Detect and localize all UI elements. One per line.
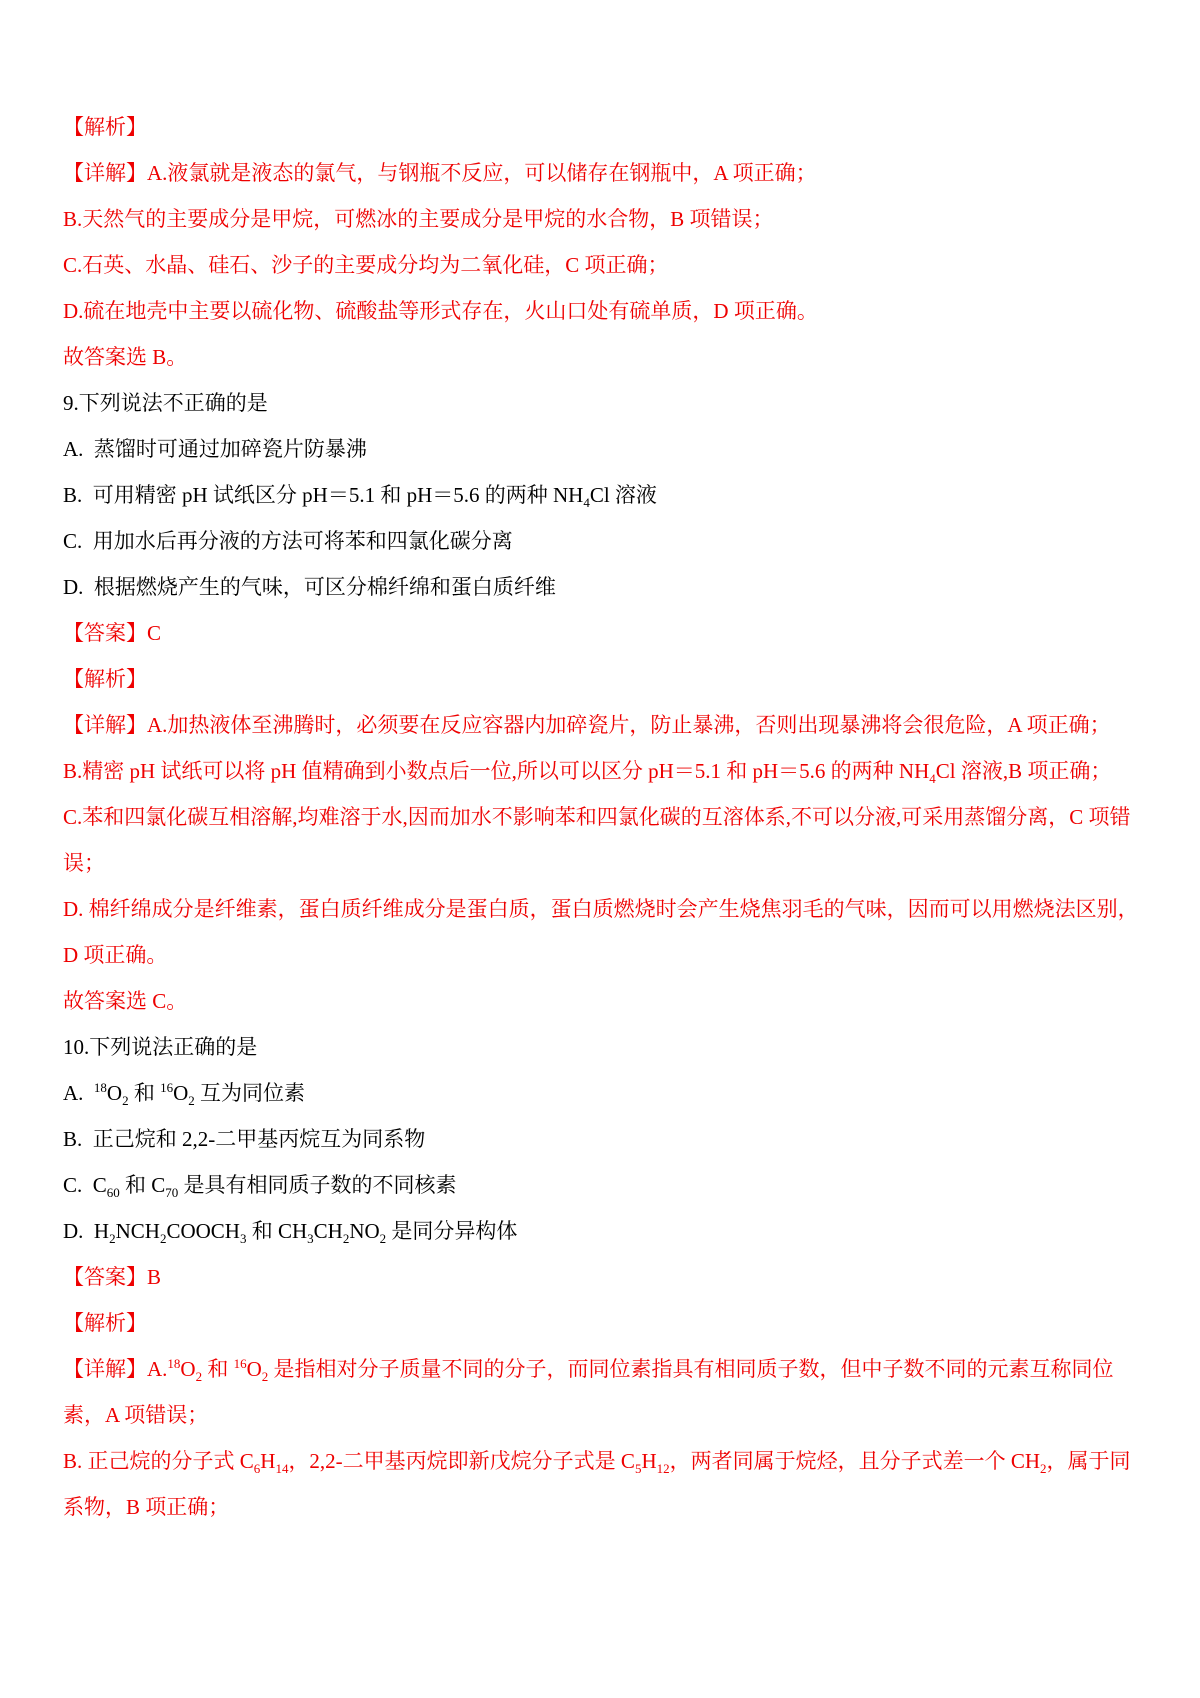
- text-run: ，两者同属于烷烃，且分子式差一个 CH: [670, 1449, 1040, 1473]
- text-run: A. 蒸馏时可通过加碎瓷片防暴沸: [63, 437, 367, 461]
- q8-detail-c: C.石英、水晶、硅石、沙子的主要成分均为二氧化硅，C 项正确；: [63, 242, 1144, 288]
- exam-document-content: 【解析】【详解】A.液氯就是液态的氯气，与钢瓶不反应，可以储存在钢瓶中，A 项正…: [0, 0, 1200, 1530]
- text-run: 【答案】C: [63, 621, 161, 645]
- q8-detail-b: B.天然气的主要成分是甲烷，可燃冰的主要成分是甲烷的水合物，B 项错误；: [63, 196, 1144, 242]
- q10-option-a: A. 18O2 和 16O2 互为同位素: [63, 1070, 1144, 1116]
- text-run: D.硫在地壳中主要以硫化物、硫酸盐等形式存在，火山口处有硫单质，D 项正确。: [63, 299, 818, 323]
- q9-detail-c: C.苯和四氯化碳互相溶解,均难溶于水,因而加水不影响苯和四氯化碳的互溶体系,不可…: [63, 794, 1144, 886]
- q10-option-b: B. 正己烷和 2,2-二甲基丙烷互为同系物: [63, 1116, 1144, 1162]
- q10-analysis-label: 【解析】: [63, 1300, 1144, 1346]
- text-run: NO: [349, 1219, 379, 1243]
- text-run: 和: [129, 1081, 161, 1105]
- text-run: 和 C: [120, 1173, 166, 1197]
- text-run: COOCH: [166, 1219, 240, 1243]
- text-run: 【详解】A.: [63, 1357, 167, 1381]
- text-run: NCH: [116, 1219, 160, 1243]
- q10-answer: 【答案】B: [63, 1254, 1144, 1300]
- q9-detail-b: B.精密 pH 试纸可以将 pH 值精确到小数点后一位,所以可以区分 pH＝5.…: [63, 748, 1144, 794]
- text-run: Cl 溶液,B 项正确；: [936, 759, 1112, 783]
- text-run: 【答案】B: [63, 1265, 161, 1289]
- q9-conclusion: 故答案选 C。: [63, 978, 1144, 1024]
- text-run: 故答案选 B。: [63, 345, 187, 369]
- formula-sup-text: 16: [234, 1356, 247, 1371]
- text-run: C.苯和四氯化碳互相溶解,均难溶于水,因而加水不影响苯和四氯化碳的互溶体系,不可…: [63, 805, 1131, 875]
- q9-analysis-label: 【解析】: [63, 656, 1144, 702]
- formula-sup-text: 16: [160, 1080, 173, 1095]
- q9-option-d: D. 根据燃烧产生的气味，可区分棉纤绵和蛋白质纤维: [63, 564, 1144, 610]
- formula-sub-text: 14: [275, 1461, 288, 1476]
- text-run: ，2,2-二甲基丙烷即新戊烷分子式是 C: [288, 1449, 635, 1473]
- text-run: 故答案选 C。: [63, 989, 187, 1013]
- q8-analysis-label: 【解析】: [63, 104, 1144, 150]
- q10-detail-b: B. 正己烷的分子式 C6H14，2,2-二甲基丙烷即新戊烷分子式是 C5H12…: [63, 1438, 1144, 1530]
- text-run: O: [180, 1357, 195, 1381]
- text-run: B. 正己烷的分子式 C: [63, 1449, 254, 1473]
- text-run: 9.下列说法不正确的是: [63, 391, 268, 415]
- text-run: 【详解】A.加热液体至沸腾时，必须要在反应容器内加碎瓷片，防止暴沸，否则出现暴沸…: [63, 713, 1111, 737]
- text-run: D. 棉纤绵成分是纤维素，蛋白质纤维成分是蛋白质，蛋白质燃烧时会产生烧焦羽毛的气…: [63, 897, 1139, 967]
- q8-conclusion: 故答案选 B。: [63, 334, 1144, 380]
- q10-detail-a: 【详解】A.18O2 和 16O2 是指相对分子质量不同的分子，而同位素指具有相…: [63, 1346, 1144, 1438]
- text-run: O: [247, 1357, 262, 1381]
- text-run: O: [107, 1081, 122, 1105]
- text-run: 【解析】: [63, 1311, 147, 1335]
- text-run: Cl 溶液: [590, 483, 657, 507]
- q9-option-a: A. 蒸馏时可通过加碎瓷片防暴沸: [63, 426, 1144, 472]
- text-run: 是具有相同质子数的不同核素: [178, 1173, 456, 1197]
- q9-detail-d: D. 棉纤绵成分是纤维素，蛋白质纤维成分是蛋白质，蛋白质燃烧时会产生烧焦羽毛的气…: [63, 886, 1144, 978]
- text-run: A.: [63, 1081, 94, 1105]
- text-run: B. 正己烷和 2,2-二甲基丙烷互为同系物: [63, 1127, 425, 1151]
- text-run: 互为同位素: [195, 1081, 305, 1105]
- text-run: 【解析】: [63, 667, 147, 691]
- text-run: 和 CH: [246, 1219, 307, 1243]
- text-run: 是同分异构体: [386, 1219, 517, 1243]
- text-run: 和: [202, 1357, 234, 1381]
- text-run: B. 可用精密 pH 试纸区分 pH＝5.1 和 pH＝5.6 的两种 NH: [63, 483, 583, 507]
- text-run: C.石英、水晶、硅石、沙子的主要成分均为二氧化硅，C 项正确；: [63, 253, 669, 277]
- q10-option-d: D. H2NCH2COOCH3 和 CH3CH2NO2 是同分异构体: [63, 1208, 1144, 1254]
- text-run: B.天然气的主要成分是甲烷，可燃冰的主要成分是甲烷的水合物，B 项错误；: [63, 207, 774, 231]
- text-run: D. 根据燃烧产生的气味，可区分棉纤绵和蛋白质纤维: [63, 575, 556, 599]
- text-run: CH: [314, 1219, 343, 1243]
- text-run: H: [641, 1449, 656, 1473]
- text-run: H: [260, 1449, 275, 1473]
- q9-stem: 9.下列说法不正确的是: [63, 380, 1144, 426]
- q8-detail-a: 【详解】A.液氯就是液态的氯气，与钢瓶不反应，可以储存在钢瓶中，A 项正确；: [63, 150, 1144, 196]
- text-run: C. C: [63, 1173, 107, 1197]
- q9-answer: 【答案】C: [63, 610, 1144, 656]
- text-run: 10.下列说法正确的是: [63, 1035, 257, 1059]
- q9-detail-a: 【详解】A.加热液体至沸腾时，必须要在反应容器内加碎瓷片，防止暴沸，否则出现暴沸…: [63, 702, 1144, 748]
- q9-option-b: B. 可用精密 pH 试纸区分 pH＝5.1 和 pH＝5.6 的两种 NH4C…: [63, 472, 1144, 518]
- text-run: D. H: [63, 1219, 109, 1243]
- text-run: O: [173, 1081, 188, 1105]
- formula-sub-text: 12: [657, 1461, 670, 1476]
- q8-detail-d: D.硫在地壳中主要以硫化物、硫酸盐等形式存在，火山口处有硫单质，D 项正确。: [63, 288, 1144, 334]
- q10-stem: 10.下列说法正确的是: [63, 1024, 1144, 1070]
- text-run: 【详解】A.液氯就是液态的氯气，与钢瓶不反应，可以储存在钢瓶中，A 项正确；: [63, 161, 817, 185]
- formula-sub-text: 70: [165, 1185, 178, 1200]
- text-run: C. 用加水后再分液的方法可将苯和四氯化碳分离: [63, 529, 513, 553]
- formula-sub-text: 60: [107, 1185, 120, 1200]
- text-run: 【解析】: [63, 115, 147, 139]
- exam-document-page: 【解析】【详解】A.液氯就是液态的氯气，与钢瓶不反应，可以储存在钢瓶中，A 项正…: [0, 0, 1200, 1698]
- q10-option-c: C. C60 和 C70 是具有相同质子数的不同核素: [63, 1162, 1144, 1208]
- text-run: B.精密 pH 试纸可以将 pH 值精确到小数点后一位,所以可以区分 pH＝5.…: [63, 759, 929, 783]
- q9-option-c: C. 用加水后再分液的方法可将苯和四氯化碳分离: [63, 518, 1144, 564]
- formula-sup-text: 18: [167, 1356, 180, 1371]
- formula-sup-text: 18: [94, 1080, 107, 1095]
